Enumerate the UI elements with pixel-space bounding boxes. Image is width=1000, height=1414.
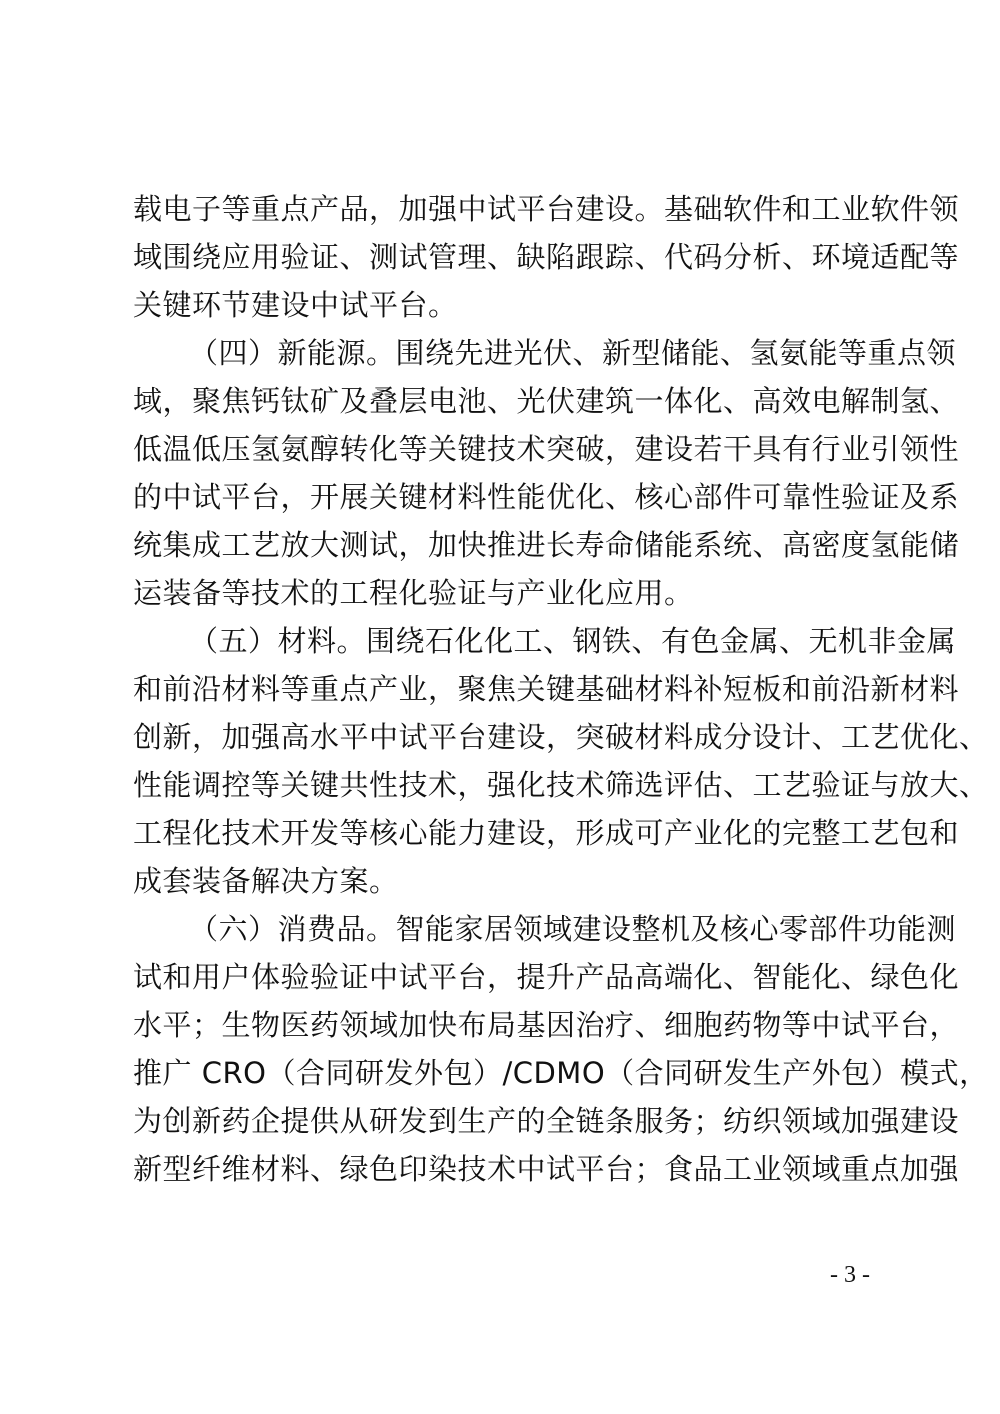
text-line: 试和用户体验验证中试平台，提升产品高端化、智能化、绿色化 [133, 953, 881, 1001]
section-heading-line: （六）消费品。智能家居领域建设整机及核心零部件功能测 [133, 905, 881, 953]
text-line: 的中试平台，开展关键材料性能优化、核心部件可靠性验证及系 [133, 473, 881, 521]
text-line: 性能调控等关键共性技术，强化技术筛选评估、工艺验证与放大、 [133, 761, 881, 809]
text-line: 推广 CRO（合同研发外包）/CDMO（合同研发生产外包）模式， [133, 1049, 881, 1097]
text-line: 和前沿材料等重点产业，聚焦关键基础材料补短板和前沿新材料 [133, 665, 881, 713]
text-line: 载电子等重点产品，加强中试平台建设。基础软件和工业软件领 [133, 185, 881, 233]
text-line: 创新，加强高水平中试平台建设，突破材料成分设计、工艺优化、 [133, 713, 881, 761]
body-text: 载电子等重点产品，加强中试平台建设。基础软件和工业软件领 域围绕应用验证、测试管… [133, 185, 881, 1193]
text-line: 域，聚焦钙钛矿及叠层电池、光伏建筑一体化、高效电解制氢、 [133, 377, 881, 425]
text-line: 水平；生物医药领域加快布局基因治疗、细胞药物等中试平台， [133, 1001, 881, 1049]
text-line: 成套装备解决方案。 [133, 857, 881, 905]
text-line: 低温低压氢氨醇转化等关键技术突破，建设若干具有行业引领性 [133, 425, 881, 473]
section-heading-line: （五）材料。围绕石化化工、钢铁、有色金属、无机非金属 [133, 617, 881, 665]
text-line: 新型纤维材料、绿色印染技术中试平台；食品工业领域重点加强 [133, 1145, 881, 1193]
text-line: 为创新药企提供从研发到生产的全链条服务；纺织领域加强建设 [133, 1097, 881, 1145]
text-line: 统集成工艺放大测试，加快推进长寿命储能系统、高密度氢能储 [133, 521, 881, 569]
section-heading-line: （四）新能源。围绕先进光伏、新型储能、氢氨能等重点领 [133, 329, 881, 377]
text-line: 工程化技术开发等核心能力建设，形成可产业化的完整工艺包和 [133, 809, 881, 857]
document-page: 载电子等重点产品，加强中试平台建设。基础软件和工业软件领 域围绕应用验证、测试管… [0, 0, 1000, 1414]
text-line: 关键环节建设中试平台。 [133, 281, 881, 329]
text-line: 运装备等技术的工程化验证与产业化应用。 [133, 569, 881, 617]
page-number: - 3 - [830, 1262, 870, 1289]
text-line: 域围绕应用验证、测试管理、缺陷跟踪、代码分析、环境适配等 [133, 233, 881, 281]
